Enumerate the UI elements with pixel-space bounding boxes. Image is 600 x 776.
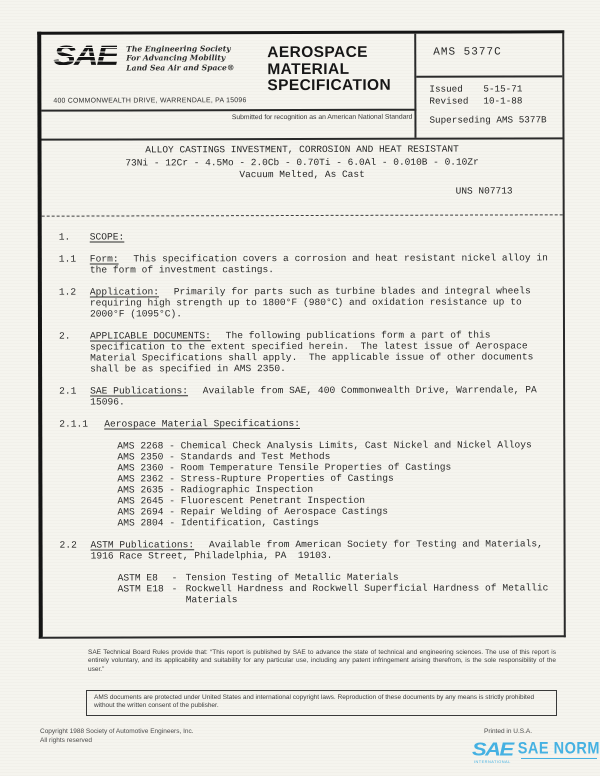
section-2-applicable-documents: 2. APPLICABLE DOCUMENTS: The following p… [59, 329, 553, 374]
issued-date: 5-15-71 [483, 83, 522, 95]
section-2-2-astm-publications: 2.2 ASTM Publications: Available from Am… [60, 538, 554, 561]
document-frame: SAE The Engineering Society For Advancin… [37, 30, 566, 638]
logo-tagline: The Engineering Society For Advancing Mo… [126, 44, 234, 73]
astm-code: ASTM E18 [118, 583, 172, 605]
tagline-line-1: The Engineering Society [126, 44, 234, 54]
printed-note: Printed in U.S.A. [484, 728, 532, 735]
astm-reference-list: ASTM E8 - Tension Testing of Metallic Ma… [118, 571, 554, 605]
revised-date: 10-1-88 [483, 95, 522, 107]
section-number: 1.1 [59, 254, 76, 265]
copyright-line: Copyright 1988 Society of Automotive Eng… [40, 727, 194, 745]
section-heading: Aerospace Material Specifications: [104, 418, 300, 430]
ans-standard-note: Submitted for recognition as an American… [41, 114, 412, 122]
document-type-title: AEROSPACE MATERIAL SPECIFICATION [267, 45, 391, 95]
sae-logo: SAE [53, 43, 117, 68]
section-number: 2.1.1 [59, 419, 88, 430]
dash-separator: - [172, 583, 186, 605]
stamp-sae-logo: SAE INTERNATIONAL [472, 741, 513, 764]
document-number: AMS 5377C [416, 33, 562, 58]
section-heading: Application: [90, 286, 159, 297]
number-box-divider [416, 75, 562, 77]
section-2-1-sae-publications: 2.1 SAE Publications: Available from SAE… [59, 384, 553, 407]
dash-separator: - [172, 572, 186, 583]
publisher-address: 400 COMMONWEALTH DRIVE, WARRENDALE, PA 1… [53, 97, 246, 105]
doc-type-line-1: AEROSPACE [267, 45, 391, 62]
astm-desc: Rockwell Hardness and Rockwell Superfici… [186, 582, 554, 605]
header-divider-line [41, 109, 416, 112]
section-text: This specification covers a corrosion an… [90, 252, 554, 275]
publisher-logo-block: SAE The Engineering Society For Advancin… [53, 43, 234, 73]
section-number: 2.2 [60, 540, 77, 551]
header-bottom-line [41, 137, 562, 140]
section-1-scope: 1. SCOPE: [59, 230, 553, 242]
scanned-spec-page: SAE The Engineering Society For Advancin… [0, 0, 600, 776]
document-number-box: AMS 5377C Issued 5-15-71 Revised 10-1-88… [414, 33, 562, 137]
section-heading: ASTM Publications: [91, 539, 195, 550]
revision-dates: Issued 5-15-71 Revised 10-1-88 Supersedi… [429, 83, 546, 126]
issued-label: Issued [429, 84, 483, 96]
astm-code: ASTM E8 [118, 572, 172, 583]
rights-reserved-text: All rights reserved [40, 736, 194, 745]
tagline-line-3: Land Sea Air and Space® [126, 63, 234, 73]
section-number: 1. [59, 232, 71, 243]
sae-stamp-icon: SAE [472, 741, 513, 758]
list-item: ASTM E18 - Rockwell Hardness and Rockwel… [118, 582, 554, 605]
superseding-note: Superseding AMS 5377B [429, 114, 546, 126]
list-item: AMS 2804 - Identification, Castings [117, 516, 553, 528]
issued-row: Issued 5-15-71 [429, 83, 546, 95]
revised-label: Revised [429, 96, 483, 108]
doc-type-line-2: MATERIAL [267, 61, 391, 78]
section-heading: SAE Publications: [90, 385, 188, 396]
document-body: 1. SCOPE: 1.1 Form: This specification c… [42, 216, 564, 616]
doc-type-line-3: SPECIFICATION [267, 78, 391, 95]
list-item: AMS 2268 - Chemical Check Analysis Limit… [117, 439, 553, 451]
section-2-1-1-ams-specs: 2.1.1 Aerospace Material Specifications: [59, 417, 553, 429]
revised-row: Revised 10-1-88 [429, 95, 546, 107]
ams-reference-list: AMS 2268 - Chemical Check Analysis Limit… [117, 439, 553, 528]
section-number: 1.2 [59, 287, 76, 298]
uns-number: UNS N07713 [42, 185, 563, 199]
section-heading: SCOPE: [90, 231, 125, 242]
stamp-rule-line [521, 758, 597, 759]
section-1-1-form: 1.1 Form: This specification covers a co… [59, 252, 553, 275]
section-heading: APPLICABLE DOCUMENTS: [90, 330, 211, 341]
stamp-norm-label: SAE NORM [518, 741, 600, 758]
sae-norm-stamp: SAE INTERNATIONAL SAE NORM [472, 741, 600, 764]
spec-title-line-3: Vacuum Melted, As Cast [42, 168, 563, 182]
copyright-notice-box: AMS documents are protected under United… [86, 690, 557, 716]
section-heading: Form: [90, 253, 119, 264]
section-number: 2.1 [59, 386, 76, 397]
stamp-norm-block: SAE NORM [518, 741, 600, 759]
section-1-2-application: 1.2 Application: Primarily for parts suc… [59, 285, 553, 319]
section-number: 2. [59, 331, 71, 342]
spec-title-block: ALLOY CASTINGS INVESTMENT, CORROSION AND… [42, 143, 563, 198]
stamp-international-label: INTERNATIONAL [474, 759, 511, 764]
copyright-text: Copyright 1988 Society of Automotive Eng… [40, 727, 194, 736]
disclaimer-text: SAE Technical Board Rules provide that: … [88, 649, 556, 674]
tagline-line-2: For Advancing Mobility [126, 54, 234, 64]
